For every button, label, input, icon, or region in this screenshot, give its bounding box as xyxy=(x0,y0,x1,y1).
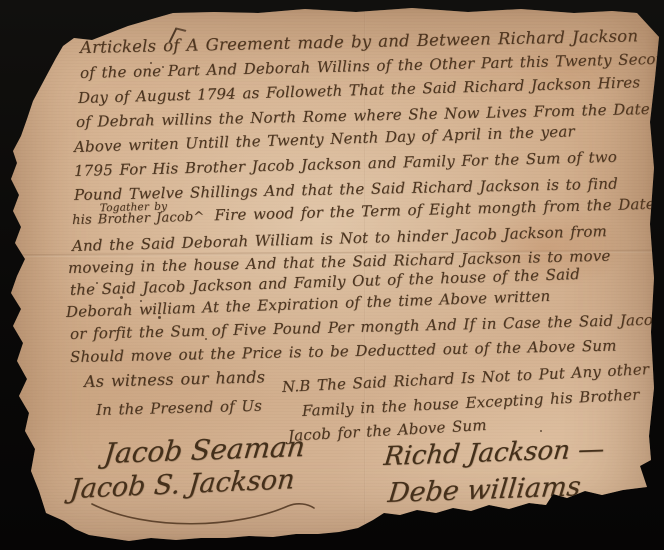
signature-debe-williams: Debe williams xyxy=(387,473,582,507)
signature-jacob-seaman: Jacob Seaman xyxy=(103,433,307,468)
paper-speck xyxy=(150,308,152,310)
witness-clause: As witness our hands xyxy=(84,367,266,391)
paper-speck xyxy=(120,296,123,299)
paper-speck xyxy=(158,316,161,319)
paper-speck xyxy=(150,62,152,64)
insertion-caret: ^ xyxy=(193,210,204,225)
paper-speck xyxy=(96,282,98,284)
manuscript-paper: Artickels of A Greement made by and Betw… xyxy=(0,0,664,550)
insertion-base-words: his Brother Jacob xyxy=(72,210,194,228)
manuscript-line-rest: Fire wood for the Term of Eight mongth f… xyxy=(214,195,655,225)
paper-speck xyxy=(162,66,164,68)
signature-flourish xyxy=(88,498,318,528)
paper-speck xyxy=(140,300,142,302)
signature-richd-jackson: Richd Jackson — xyxy=(383,436,606,470)
paper-speck xyxy=(118,455,120,457)
manuscript-scan: Artickels of A Greement made by and Betw… xyxy=(0,0,664,550)
presence-clause: In the Presend of Us xyxy=(96,397,263,419)
interline-insertion: Togather by his Brother Jacob^ xyxy=(72,200,205,228)
insertion-base-text: his Brother Jacob^ xyxy=(72,210,205,228)
paper-speck xyxy=(205,338,207,340)
paper-speck xyxy=(540,430,542,432)
